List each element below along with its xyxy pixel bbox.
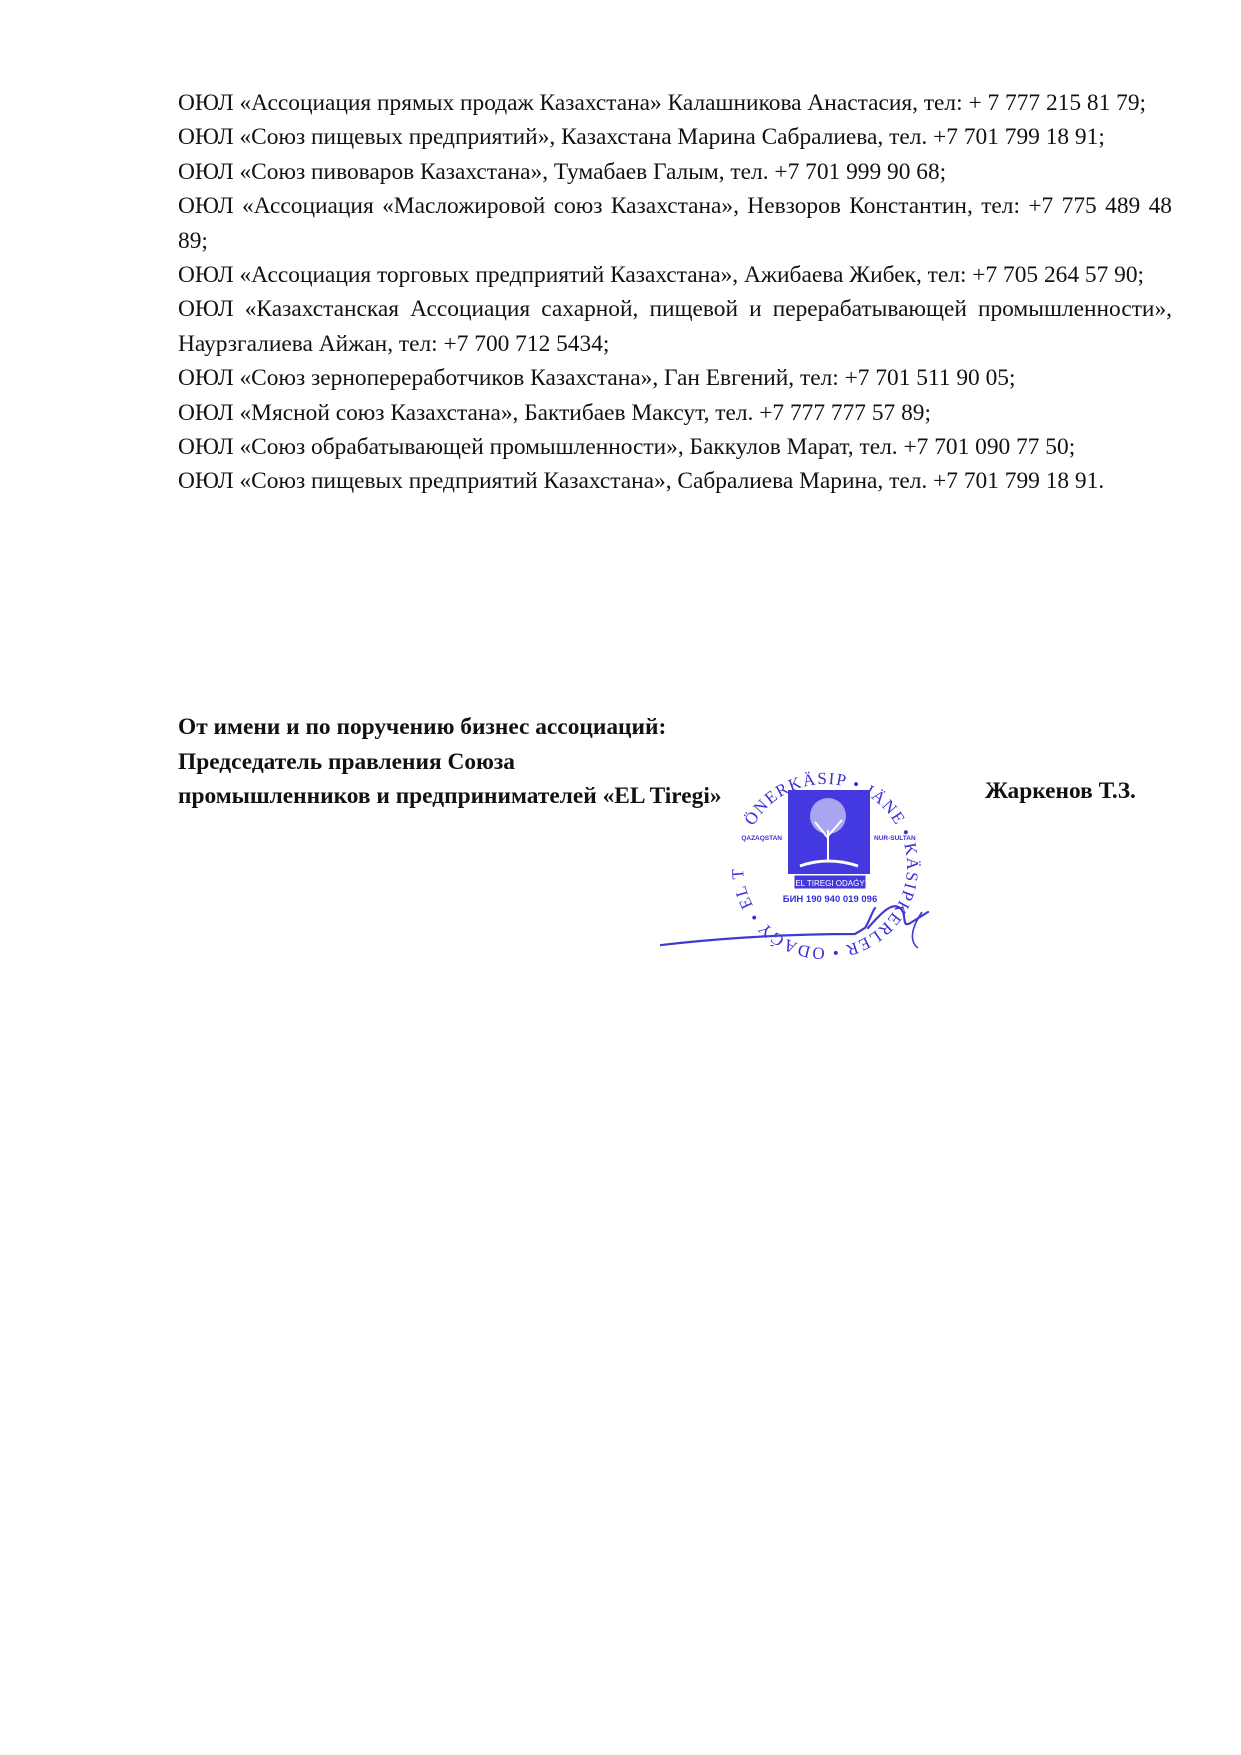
signature-line-1: От имени и по поручению бизнес ассоциаци… — [178, 710, 722, 745]
contact-entry: ОЮЛ «Ассоциация торговых предприятий Каз… — [178, 258, 1172, 292]
signer-name: Жаркенов Т.З. — [985, 778, 1136, 805]
stamp-banner: EL TIREGI ODAǴY — [795, 879, 865, 888]
contact-entry: ОЮЛ «Ассоциация «Масложировой союз Казах… — [178, 189, 1172, 258]
contact-entry: ОЮЛ «Казахстанская Ассоциация сахарной, … — [178, 292, 1172, 361]
stamp-left-label: QAZAQSTAN — [741, 835, 782, 842]
signature-block: От имени и по поручению бизнес ассоциаци… — [178, 710, 722, 814]
contact-list: ОЮЛ «Ассоциация прямых продаж Казахстана… — [178, 86, 1172, 499]
official-stamp-icon: ÖNERKÄSIP • JÄNE • KÄSIPKERLER • ODAǴY •… — [660, 690, 990, 970]
contact-entry: ОЮЛ «Мясной союз Казахстана», Бактибаев … — [178, 396, 1172, 430]
contact-entry: ОЮЛ «Союз обрабатывающей промышленности»… — [178, 430, 1172, 464]
contact-entry: ОЮЛ «Союз зернопереработчиков Казахстана… — [178, 361, 1172, 395]
contact-entry: ОЮЛ «Союз пищевых предприятий Казахстана… — [178, 464, 1172, 498]
signature-line-3: промышленников и предпринимателей «EL Ti… — [178, 779, 722, 814]
signature-line-2: Председатель правления Союза — [178, 745, 722, 780]
stamp-bin: БИН 190 940 019 096 — [783, 894, 877, 905]
contact-entry: ОЮЛ «Союз пищевых предприятий», Казахста… — [178, 120, 1172, 154]
contact-entry: ОЮЛ «Союз пивоваров Казахстана», Тумабае… — [178, 155, 1172, 189]
stamp-right-label: NUR-SULTAN — [874, 835, 916, 842]
contact-entry: ОЮЛ «Ассоциация прямых продаж Казахстана… — [178, 86, 1172, 120]
document-page: ОЮЛ «Ассоциация прямых продаж Казахстана… — [0, 0, 1241, 1755]
